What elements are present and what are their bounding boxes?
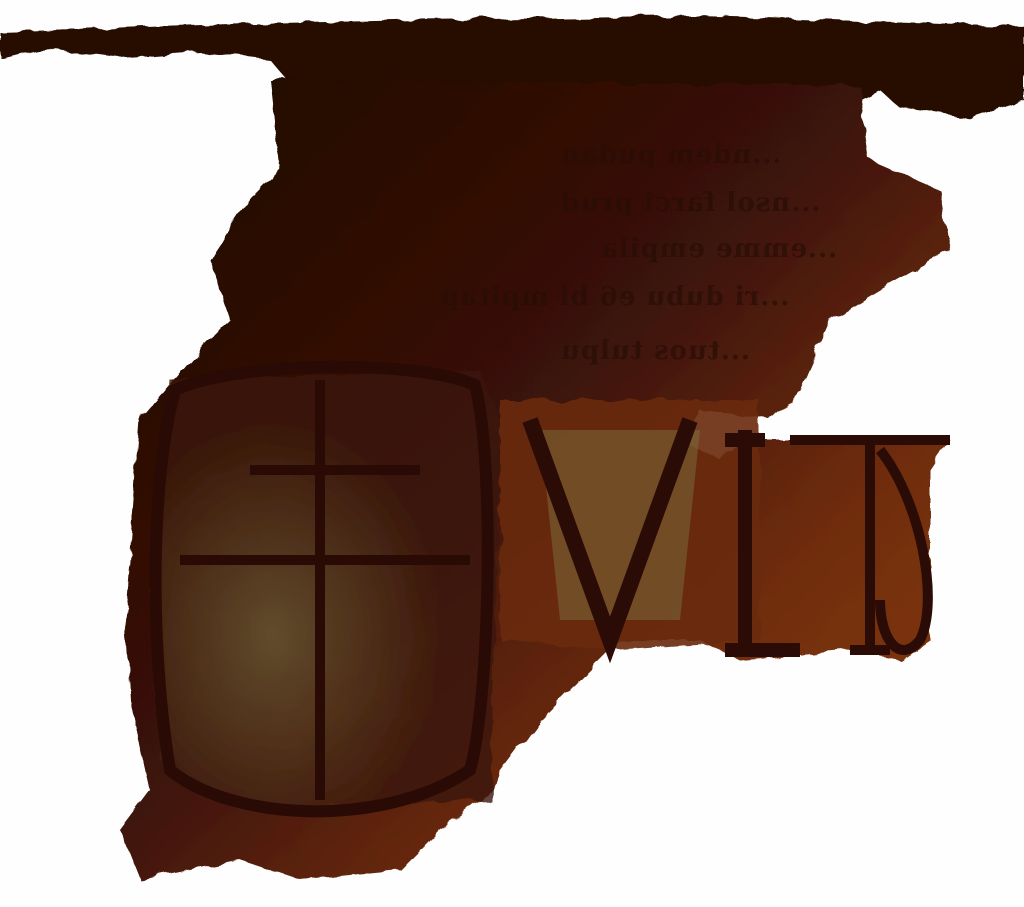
manuscript-fragment-photo: ...ndem pudan ...nsol farci prud ...emme…	[0, 0, 1024, 907]
text-line: ...ndem pudan	[560, 140, 781, 170]
mirrored-text-lines: ...ndem pudan ...nsol farci prud ...emme…	[0, 0, 1024, 907]
text-line: ...emme empila	[600, 234, 837, 264]
text-line: ...tuos tulpu	[560, 336, 750, 366]
text-line: ...ri dubu e6 bl mpitap	[440, 282, 789, 312]
text-line: ...nsol farci prud	[560, 188, 820, 218]
